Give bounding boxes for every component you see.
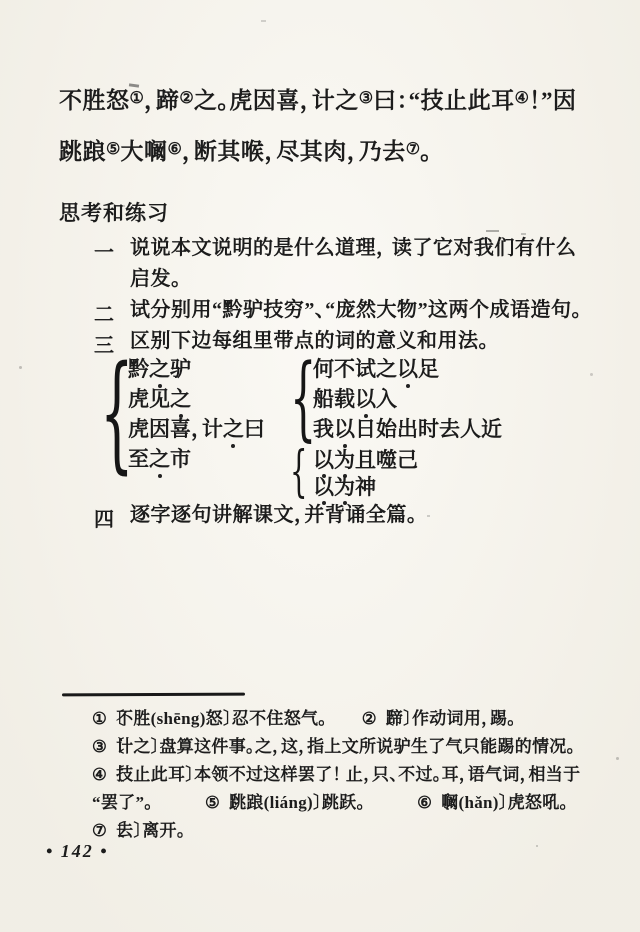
exercise-1-line-1: 说说本文说明的是什么道理， 读了它对我们有什么 xyxy=(130,233,610,264)
footnote-line: ①〔不胜(shēng)怒〕忍不住怒气。 ②〔蹄〕作动词用，踢。 xyxy=(92,705,592,733)
word-group-right-top-item: 我以日始出时去人近 xyxy=(313,414,502,444)
exercise-1-number: 一 xyxy=(94,236,114,265)
exercises-heading: 思考和练习 xyxy=(59,197,169,227)
lesson-text-line-2: 跳踉⑤大㘎⑥，断其喉，尽其肉，乃去⑦。 xyxy=(59,125,624,176)
exercise-2-text: 试分别用“黔驴技穷”、“庞然大物”这两个成语造句。 xyxy=(130,295,610,326)
word-group-right-bottom: 以为且噬己 以为神 xyxy=(313,447,418,501)
footnote-separator-rule xyxy=(62,693,245,697)
footnotes: ①〔不胜(shēng)怒〕忍不住怒气。 ②〔蹄〕作动词用，踢。 ③〔计之〕盘算这… xyxy=(92,705,592,845)
right-bottom-group-brace-icon: { xyxy=(290,444,308,499)
exercise-1-line-2: 启发。 xyxy=(130,264,610,295)
word-group-left-item: 虎见之 xyxy=(128,384,265,414)
word-group-right-top-item: 船载以入 xyxy=(313,384,502,414)
scan-speck xyxy=(616,757,619,760)
word-group-right-top: 何不试之以足 船载以入 我以日始出时去人近 xyxy=(313,354,502,444)
lesson-text: 不胜怒①，蹄②之。虎因喜，计之③曰：“技止此耳④！”因 跳踉⑤大㘎⑥，断其喉，尽… xyxy=(59,74,624,176)
word-group-right-bottom-item: 以为神 xyxy=(313,474,418,501)
scan-speck xyxy=(427,515,430,517)
word-group-left-item: 至之市 xyxy=(128,444,265,474)
word-group-left-item: 黔之驴 xyxy=(128,354,265,384)
word-group-right-top-item: 何不试之以足 xyxy=(313,354,502,384)
exercise-1-text: 说说本文说明的是什么道理， 读了它对我们有什么 启发。 xyxy=(130,233,610,295)
scan-speck xyxy=(123,205,125,207)
book-page: 不胜怒①，蹄②之。虎因喜，计之③曰：“技止此耳④！”因 跳踉⑤大㘎⑥，断其喉，尽… xyxy=(0,0,640,932)
page-number: • 142 • xyxy=(46,841,109,862)
lesson-text-line-1: 不胜怒①，蹄②之。虎因喜，计之③曰：“技止此耳④！”因 xyxy=(59,74,624,125)
footnote-line: ⑦〔去〕离开。 xyxy=(92,817,592,845)
exercise-4-text: 逐字逐句讲解课文，并背诵全篇。 xyxy=(130,500,610,531)
exercise-2-number: 二 xyxy=(94,298,114,327)
exercise-4-number: 四 xyxy=(94,503,114,532)
word-group-right-bottom-item: 以为且噬己 xyxy=(313,447,418,474)
scan-speck xyxy=(486,230,499,232)
scan-speck xyxy=(536,845,538,847)
exercise-4-line-1: 逐字逐句讲解课文，并背诵全篇。 xyxy=(130,500,610,531)
word-group-left: 黔之驴 虎见之 虎因喜，计之曰 至之市 xyxy=(128,354,265,474)
scan-speck xyxy=(19,366,22,369)
exercise-3-line-1: 区别下边每组里带点的词的意义和用法。 xyxy=(130,326,610,357)
footnote-line: ④〔技止此耳〕本领不过这样罢了！ 止，只、不过。耳，语气词，相当于 xyxy=(92,761,592,789)
exercise-2-line-1: 试分别用“黔驴技穷”、“庞然大物”这两个成语造句。 xyxy=(130,295,610,326)
scan-speck xyxy=(261,20,266,22)
word-group-left-item: 虎因喜，计之曰 xyxy=(128,414,265,444)
scan-speck xyxy=(590,373,593,376)
scan-speck xyxy=(521,233,526,235)
footnote-line: “罢了”。 ⑤〔跳踉(liáng)〕跳跃。 ⑥〔㘎(hǎn)〕虎怒吼。 xyxy=(92,789,592,817)
footnote-line: ③〔计之〕盘算这件事。之，这，指上文所说驴生了气只能踢的情况。 xyxy=(92,733,592,761)
exercise-3-text: 区别下边每组里带点的词的意义和用法。 xyxy=(130,326,610,357)
